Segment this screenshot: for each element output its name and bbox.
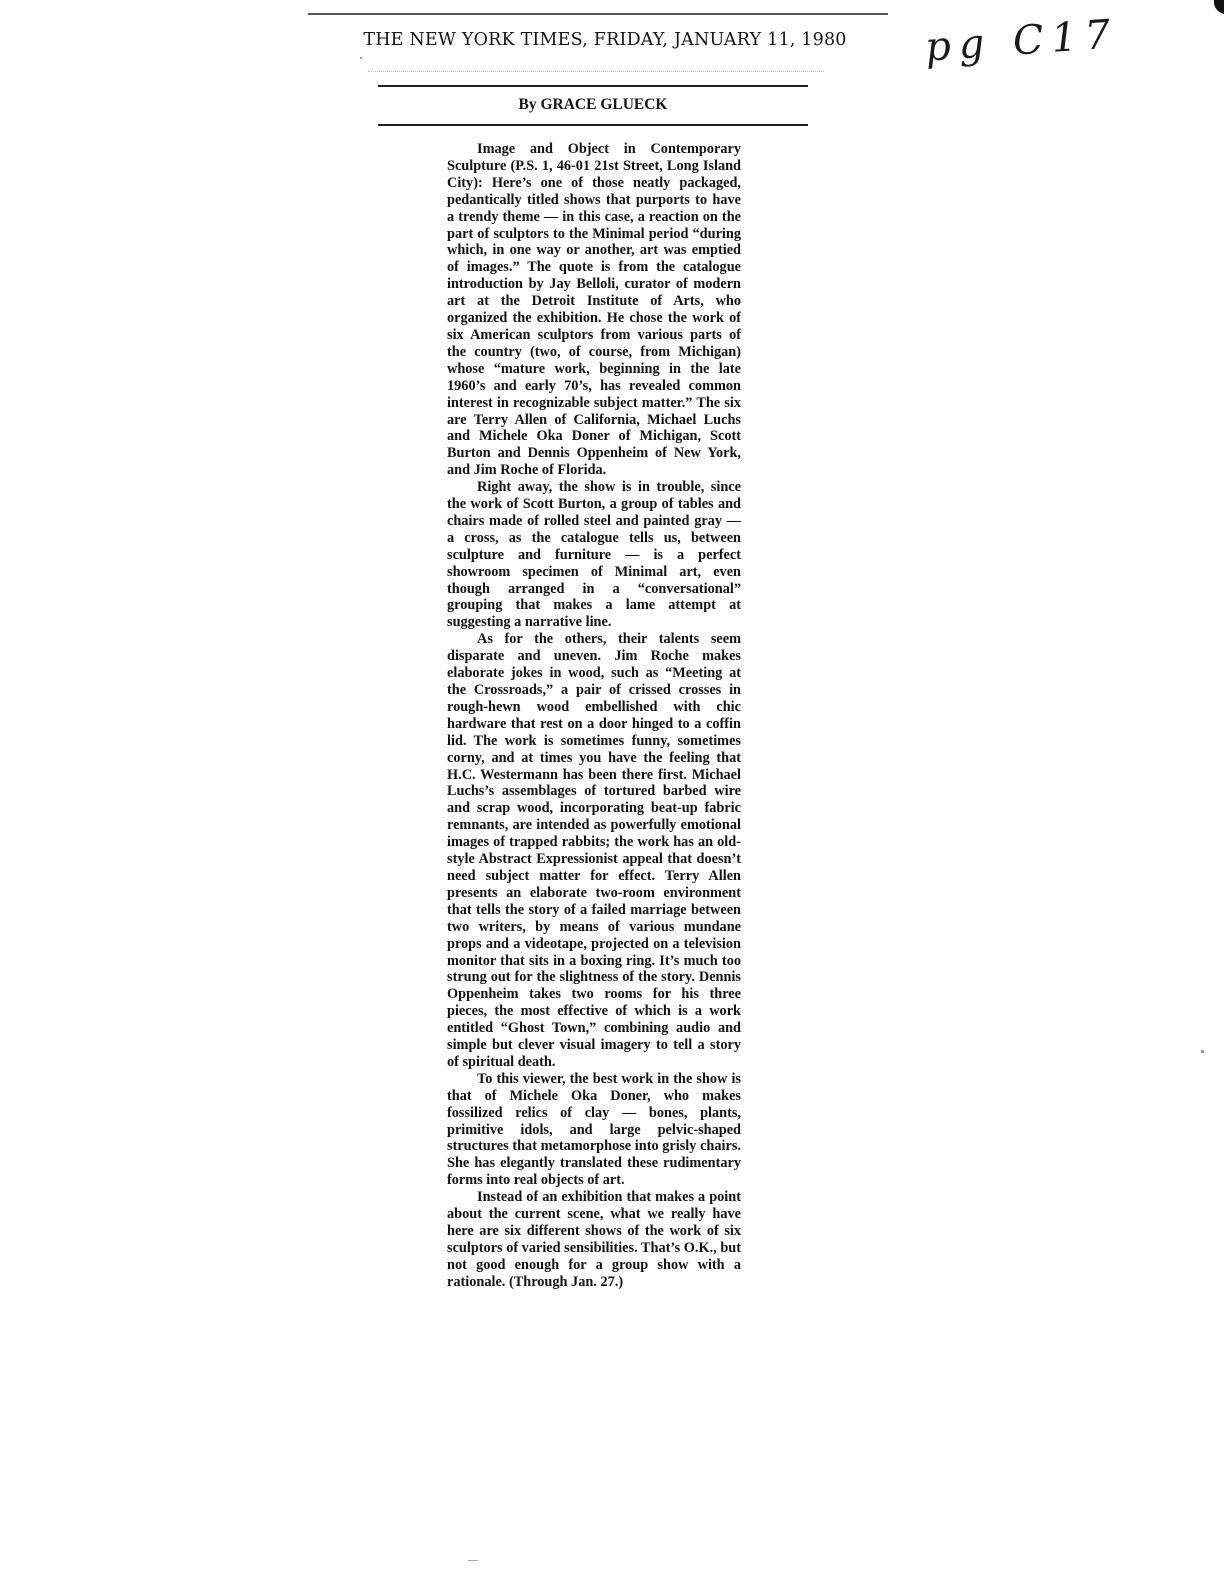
scan-speck — [468, 1560, 478, 1561]
top-rule — [308, 13, 888, 15]
newspaper-masthead: THE NEW YORK TIMES, FRIDAY, JANUARY 11, … — [300, 30, 910, 50]
paragraph-text: Here’s one of those neatly packaged, ped… — [447, 175, 741, 478]
article-paragraph-5: Instead of an exhibition that makes a po… — [447, 1189, 741, 1290]
article-paragraph-4: To this viewer, the best work in the sho… — [447, 1071, 741, 1189]
byline-rule-top — [378, 85, 808, 87]
article-paragraph-2: Right away, the show is in trouble, sinc… — [447, 479, 741, 631]
scan-corner-mark — [1214, 0, 1224, 14]
article-paragraph-1: Image and Object in Contemporary Sculptu… — [447, 141, 741, 479]
scan-speck — [360, 57, 362, 59]
handwritten-page-note: pg C17 — [924, 11, 1120, 70]
article-body: Image and Object in Contemporary Sculptu… — [447, 141, 741, 1291]
masthead-dotted-rule — [368, 71, 824, 73]
article-paragraph-3: As for the others, their talents seem di… — [447, 631, 741, 1071]
byline-rule-bottom — [378, 124, 808, 126]
byline: By GRACE GLUECK — [378, 96, 808, 114]
scan-speck — [1201, 1050, 1204, 1053]
